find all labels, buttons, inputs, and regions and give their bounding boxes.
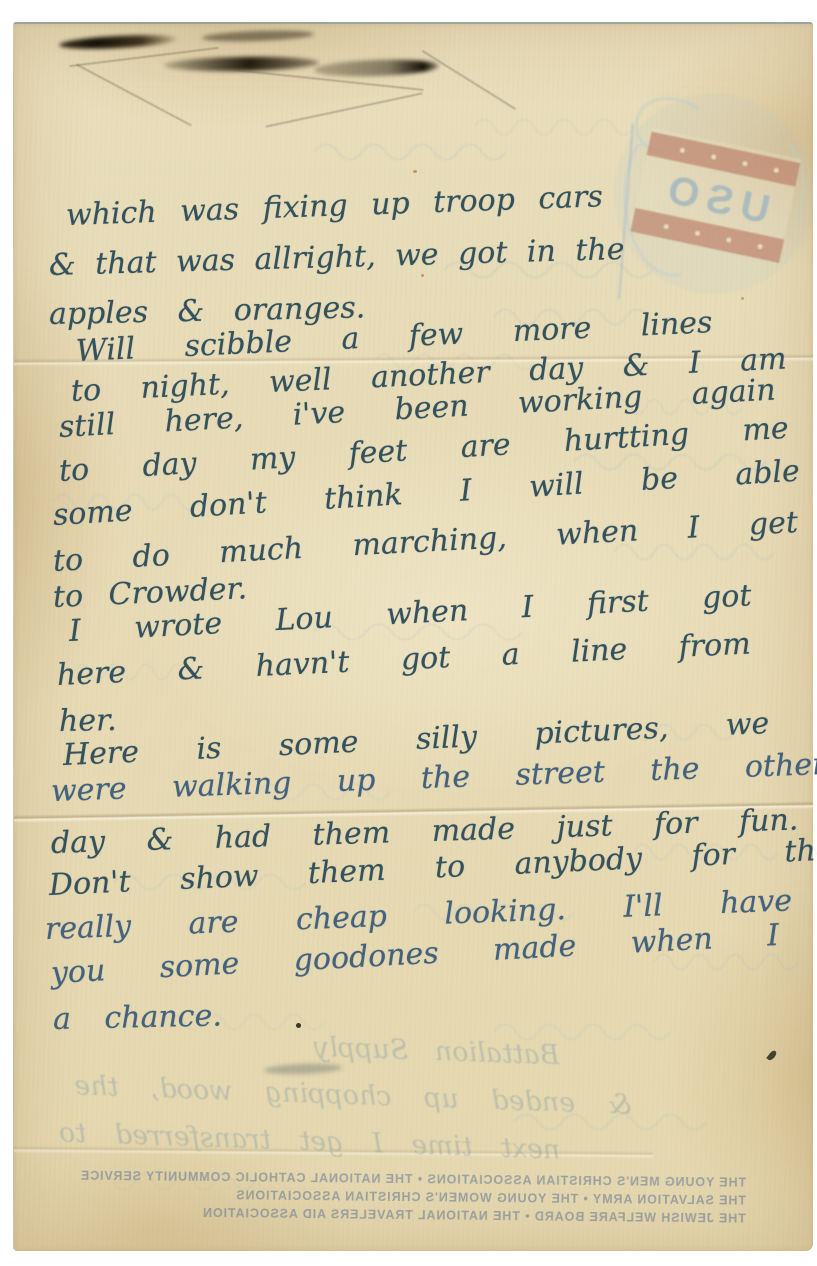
handwriting-line: her. [59, 703, 117, 739]
uso-flag-watermark: USO [609, 84, 817, 314]
ink-speck [296, 1023, 301, 1028]
rust-speck [413, 170, 417, 173]
footer-bleedthrough: THE YOUNG MEN'S CHRISTIAN ASSOCIATIONS •… [54, 1166, 747, 1227]
letter-paper: USO which was fixing up troop cars & tha… [13, 22, 813, 1251]
rust-speck [741, 297, 744, 300]
handwriting-line: a chance. [53, 998, 223, 1037]
rust-speck [421, 274, 424, 277]
scanned-letter: USO which was fixing up troop cars & tha… [0, 0, 817, 1266]
